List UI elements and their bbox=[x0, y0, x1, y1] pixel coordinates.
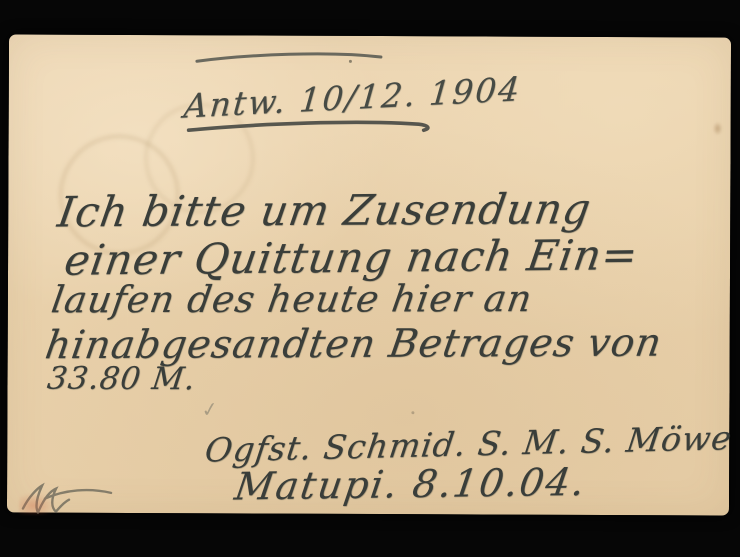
message-amount-line: 33.80 M. bbox=[45, 361, 198, 398]
place-date-line: Matupi. 8.10.04. bbox=[232, 460, 589, 509]
edge-stain-mark bbox=[713, 121, 723, 135]
postcard: Antw. 10/12. 1904 Ich bitte um Zusendung… bbox=[7, 34, 731, 515]
ink-speck bbox=[349, 60, 352, 63]
ink-speck bbox=[411, 411, 414, 414]
pencil-checkmark: ✓ bbox=[200, 396, 220, 422]
message-line-1: Ich bitte um Zusendung bbox=[55, 184, 595, 236]
message-line-3: laufen des heute hier an bbox=[49, 277, 536, 321]
red-smudge-mark bbox=[19, 492, 55, 514]
photo-background: Antw. 10/12. 1904 Ich bitte um Zusendung… bbox=[0, 0, 740, 557]
